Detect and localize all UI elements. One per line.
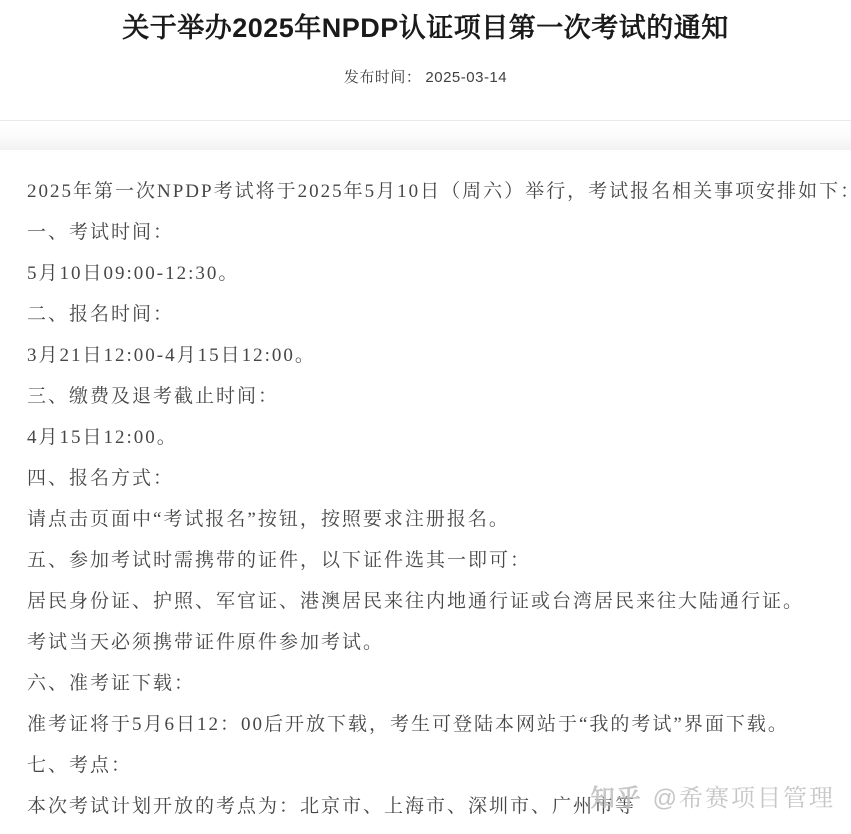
publish-time-line: 发布时间：2025-03-14	[0, 68, 851, 88]
article-paragraph: 一、考试时间：	[27, 223, 833, 243]
article-paragraph: 5月10日09:00-12:30。	[27, 264, 833, 284]
article-paragraph: 二、报名时间：	[27, 305, 833, 325]
article-paragraph: 请点击页面中“考试报名”按钮，按照要求注册报名。	[27, 510, 833, 530]
article-paragraph: 4月15日12:00。	[27, 428, 833, 448]
page-title: 关于举办2025年NPDP认证项目第一次考试的通知	[0, 10, 851, 46]
article-paragraph: 准考证将于5月6日12：00后开放下载，考生可登陆本网站于“我的考试”界面下载。	[27, 715, 833, 735]
article-paragraph: 四、报名方式：	[27, 469, 833, 489]
article-paragraph: 六、准考证下载：	[27, 674, 833, 694]
article-paragraph: 2025年第一次NPDP考试将于2025年5月10日（周六）举行，考试报名相关事…	[27, 182, 833, 202]
header-divider-band	[0, 120, 851, 150]
notice-header: 关于举办2025年NPDP认证项目第一次考试的通知 发布时间：2025-03-1…	[0, 0, 851, 88]
article-body: 2025年第一次NPDP考试将于2025年5月10日（周六）举行，考试报名相关事…	[0, 150, 851, 817]
article-paragraph: 居民身份证、护照、军官证、港澳居民来往内地通行证或台湾居民来往大陆通行证。	[27, 592, 833, 612]
publish-time-value: 2025-03-14	[425, 69, 507, 86]
article-paragraph: 七、考点：	[27, 756, 833, 776]
article-paragraph: 3月21日12:00-4月15日12:00。	[27, 346, 833, 366]
publish-time-label: 发布时间：	[344, 69, 422, 86]
article-paragraph: 考试当天必须携带证件原件参加考试。	[27, 633, 833, 653]
article-paragraph: 三、缴费及退考截止时间：	[27, 387, 833, 407]
article-paragraph: 本次考试计划开放的考点为：北京市、上海市、深圳市、广州市等	[27, 797, 833, 817]
article-paragraph: 五、参加考试时需携带的证件，以下证件选其一即可：	[27, 551, 833, 571]
